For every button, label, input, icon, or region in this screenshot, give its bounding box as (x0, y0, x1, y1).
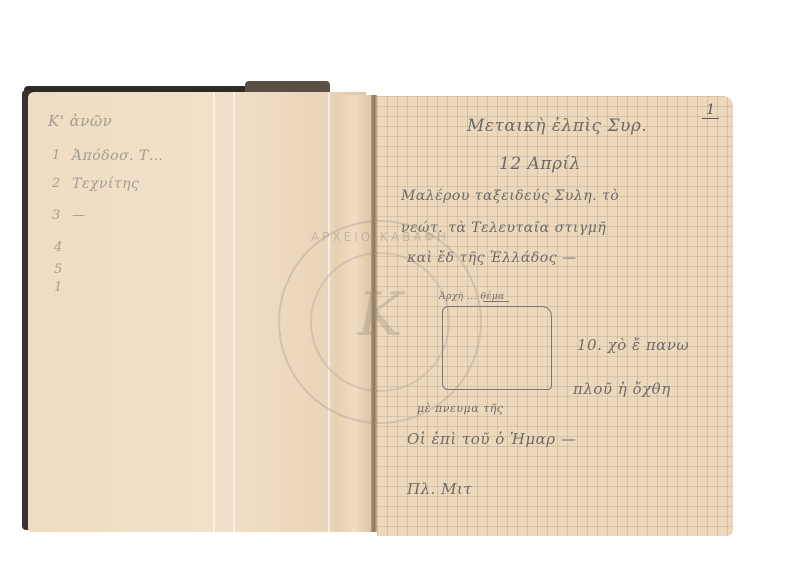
list-number: 2 (52, 176, 61, 191)
list-number: 4 (54, 240, 63, 255)
text-line: Μαλέρου ταξειδεύς Συλη. τὸ (401, 188, 619, 204)
list-number: 1 (54, 280, 63, 295)
list-number: 3 (52, 208, 61, 223)
list-item: Τεχνίτης (72, 176, 139, 192)
page-title: Μεταικὴ ἐλπὶς Συρ. (467, 116, 647, 136)
paper-crease (233, 92, 235, 532)
text-line: Πλ. Μιτ (407, 480, 472, 498)
left-heading: Κ' ἀνῶν (48, 112, 112, 130)
list-item: Ἀπόδοσ. Τ… (72, 148, 163, 164)
list-item: — (72, 208, 86, 223)
page-date: 12 Απρίλ (499, 154, 581, 174)
sketch-notch (483, 301, 509, 310)
list-number: 1 (52, 148, 61, 163)
text-line: 10. χὸ ἔ πανω (577, 336, 689, 354)
watermark-ring-text: ΑΡΧΕΙΟ ΚΑΒΑΦΗ (280, 230, 480, 244)
text-line: Οἱ ἐπὶ τοῦ ὁ Ἡμαρ — (407, 430, 576, 448)
watermark-monogram: Κ (280, 280, 480, 350)
list-number: 5 (54, 262, 63, 277)
archive-watermark-stamp: ΑΡΧΕΙΟ ΚΑΒΑΦΗ Κ (278, 220, 482, 424)
text-line: πλοῦ ἡ ὄχθη (573, 380, 671, 398)
page-number: 1 (702, 102, 719, 119)
paper-crease (213, 92, 215, 532)
